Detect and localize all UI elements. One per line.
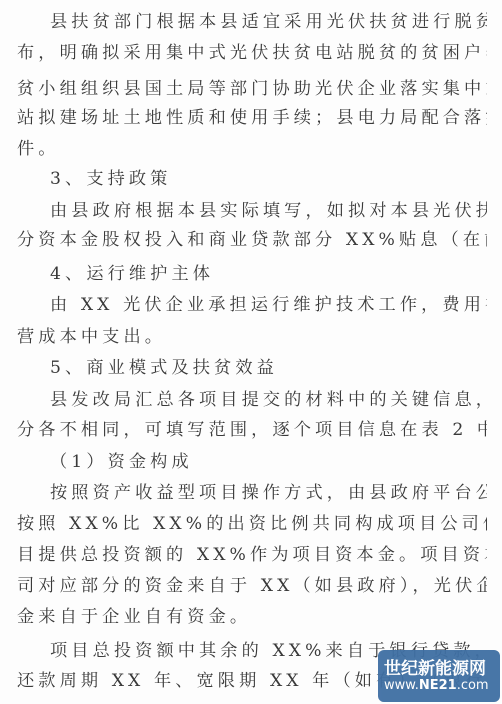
paragraph-line: 由 XX 光伏企业承担运行维护技术工作，费用在光伏项目的经 bbox=[50, 293, 487, 317]
paragraph-line: 件。 bbox=[17, 137, 487, 161]
watermark-url-suffix: .com bbox=[457, 678, 489, 693]
paragraph-line: 按照资产收益型项目操作方式，由县政府平台公司和光伏企业 bbox=[50, 481, 487, 505]
section-heading-business-model: 5、商业模式及扶贫效益 bbox=[50, 356, 487, 380]
paragraph-line: 营成本中支出。 bbox=[17, 325, 487, 349]
watermark-title: 世纪新能源网 bbox=[384, 654, 486, 679]
paragraph-line: 金来自于企业自有资金。 bbox=[17, 605, 487, 629]
paragraph-line: 司对应部分的资金来自于 XX（如县政府），光伏企业对应部分的资 bbox=[17, 574, 487, 598]
subsection-heading-funding: （1）资金构成 bbox=[50, 450, 487, 474]
watermark-url-brand: NE21 bbox=[419, 678, 457, 693]
paragraph-line: 县发改局汇总各项目提交的材料中的关键信息，若各项目本部 bbox=[50, 388, 487, 412]
paragraph-line: 分资本金股权投入和商业贷款部分 XX%贴息（在前述基础上）等。 bbox=[17, 228, 487, 252]
paragraph-line: 分各不相同，可填写范围，逐个项目信息在表 2 中详细填写。 bbox=[17, 418, 487, 442]
document-page: 县扶贫部门根据本县适宜采用光伏扶贫进行脱贫的贫困户分 布，明确拟采用集中式光伏扶… bbox=[0, 0, 502, 704]
paragraph-line: 贫小组组织县国土局等部门协助光伏企业落实集中式光伏扶贫电 bbox=[17, 77, 487, 101]
paragraph-line: 站拟建场址土地性质和使用手续；县电力局配合落实电站的接入条 bbox=[17, 106, 487, 130]
watermark-url: www.NE21.com bbox=[384, 678, 489, 693]
paragraph-line: 目提供总投资额的 XX%作为项目资本金。项目资本金中政府平台公 bbox=[17, 543, 487, 567]
paragraph-line: 布，明确拟采用集中式光伏扶贫电站脱贫的贫困户名单；县光伏扶 bbox=[17, 41, 487, 65]
paragraph-line: 按照 XX%比 XX%的出资比例共同构成项目公司作为投资主体，为项 bbox=[17, 512, 487, 536]
paragraph-line: 县扶贫部门根据本县适宜采用光伏扶贫进行脱贫的贫困户分 bbox=[50, 10, 487, 34]
section-heading-support-policy: 3、支持政策 bbox=[50, 167, 487, 191]
section-heading-operation-maintenance: 4、运行维护主体 bbox=[50, 262, 487, 286]
watermark-url-prefix: www. bbox=[384, 678, 419, 693]
site-watermark: 世纪新能源网 www.NE21.com bbox=[378, 650, 500, 702]
paragraph-line: 由县政府根据本县实际填写，如拟对本县光伏扶贫电站提供部 bbox=[50, 199, 487, 223]
